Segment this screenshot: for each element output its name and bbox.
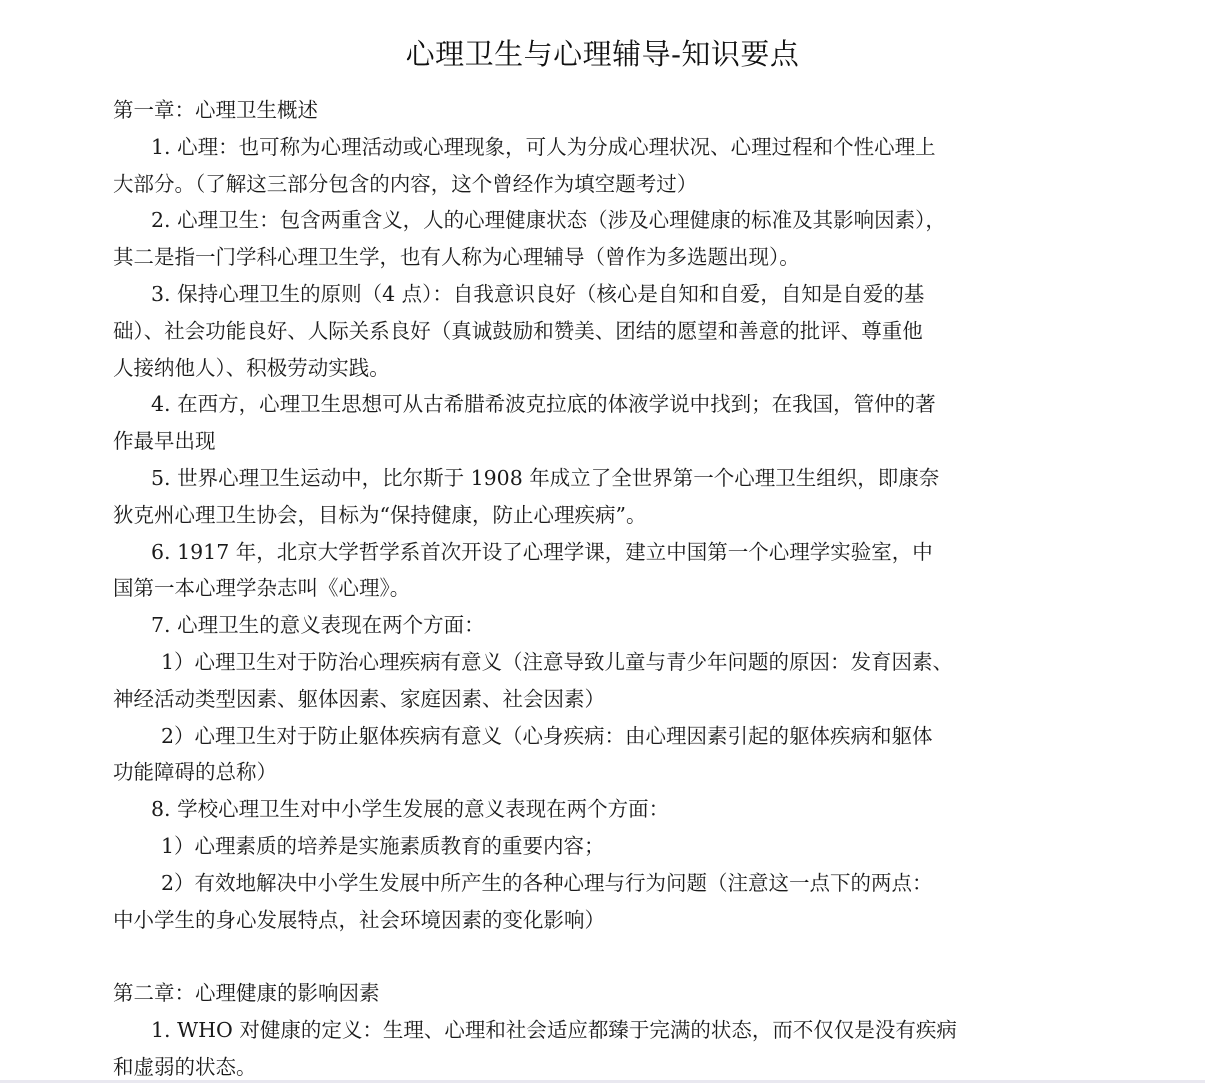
paragraph-line: 8. 学校心理卫生对中小学生发展的意义表现在两个方面：	[113, 791, 1091, 828]
document-title: 心理卫生与心理辅导-知识要点	[0, 30, 1205, 78]
paragraph-line: 作最早出现	[113, 423, 1091, 460]
sub-list-item: 1）心理素质的培养是实施素质教育的重要内容；	[113, 828, 1091, 865]
paragraph-line: 1. WHO 对健康的定义：生理、心理和社会适应都臻于完满的状态，而不仅仅是没有…	[113, 1012, 1091, 1049]
chapter-heading: 第二章：心理健康的影响因素	[113, 975, 1091, 1012]
list-item: 7. 心理卫生的意义表现在两个方面： 1）心理卫生对于防治心理疾病有意义（注意导…	[113, 607, 1091, 791]
paragraph-line: 人接纳他人）、积极劳动实践。	[113, 350, 1091, 387]
list-item: 3. 保持心理卫生的原则（4 点）：自我意识良好（核心是自知和自爱，自知是自爱的…	[113, 276, 1091, 386]
paragraph-line: 中小学生的身心发展特点，社会环境因素的变化影响）	[113, 902, 1091, 939]
list-item: 1. 心理：也可称为心理活动或心理现象，可人为分成心理状况、心理过程和个性心理上…	[113, 129, 1091, 203]
paragraph-line: 国第一本心理学杂志叫《心理》。	[113, 570, 1091, 607]
list-item: 2. 心理卫生：包含两重含义，人的心理健康状态（涉及心理健康的标准及其影响因素）…	[113, 202, 1091, 276]
paragraph-line: 神经活动类型因素、躯体因素、家庭因素、社会因素）	[113, 681, 1091, 718]
paragraph-line: 2. 心理卫生：包含两重含义，人的心理健康状态（涉及心理健康的标准及其影响因素）…	[113, 202, 1091, 239]
paragraph-line: 功能障碍的总称）	[113, 754, 1091, 791]
paragraph-line: 2）有效地解决中小学生发展中所产生的各种心理与行为问题（注意这一点下的两点：	[113, 865, 1091, 902]
sub-list-item: 2）心理卫生对于防止躯体疾病有意义（心身疾病：由心理因素引起的躯体疾病和躯体 功…	[113, 718, 1091, 792]
paragraph-line: 6. 1917 年，北京大学哲学系首次开设了心理学课，建立中国第一个心理学实验室…	[113, 534, 1091, 571]
chapter-heading: 第一章：心理卫生概述	[113, 92, 1091, 129]
paragraph-line: 2）心理卫生对于防止躯体疾病有意义（心身疾病：由心理因素引起的躯体疾病和躯体	[113, 718, 1091, 755]
paragraph-line: 7. 心理卫生的意义表现在两个方面：	[113, 607, 1091, 644]
paragraph-line: 大部分。（了解这三部分包含的内容，这个曾经作为填空题考过）	[113, 166, 1091, 203]
paragraph-line: 1. 心理：也可称为心理活动或心理现象，可人为分成心理状况、心理过程和个性心理上	[113, 129, 1091, 166]
blank-line	[113, 938, 1091, 975]
paragraph-line: 1）心理卫生对于防治心理疾病有意义（注意导致儿童与青少年问题的原因：发育因素、	[113, 644, 1091, 681]
paragraph-line: 和虚弱的状态。	[113, 1049, 1091, 1083]
sub-list-item: 2）有效地解决中小学生发展中所产生的各种心理与行为问题（注意这一点下的两点： 中…	[113, 865, 1091, 939]
paragraph-line: 其二是指一门学科心理卫生学，也有人称为心理辅导（曾作为多选题出现）。	[113, 239, 1091, 276]
paragraph-line: 3. 保持心理卫生的原则（4 点）：自我意识良好（核心是自知和自爱，自知是自爱的…	[113, 276, 1091, 313]
list-item: 8. 学校心理卫生对中小学生发展的意义表现在两个方面： 1）心理素质的培养是实施…	[113, 791, 1091, 938]
paragraph-line: 狄克州心理卫生协会，目标为“保持健康，防止心理疾病”。	[113, 497, 1091, 534]
list-item: 1. WHO 对健康的定义：生理、心理和社会适应都臻于完满的状态，而不仅仅是没有…	[113, 1012, 1091, 1083]
list-item: 4. 在西方，心理卫生思想可从古希腊希波克拉底的体液学说中找到；在我国，管仲的著…	[113, 386, 1091, 460]
list-item: 5. 世界心理卫生运动中，比尔斯于 1908 年成立了全世界第一个心理卫生组织，…	[113, 460, 1091, 534]
paragraph-line: 1）心理素质的培养是实施素质教育的重要内容；	[113, 828, 1091, 865]
sub-list-item: 1）心理卫生对于防治心理疾病有意义（注意导致儿童与青少年问题的原因：发育因素、 …	[113, 644, 1091, 718]
document-page: 心理卫生与心理辅导-知识要点 第一章：心理卫生概述 1. 心理：也可称为心理活动…	[0, 0, 1205, 1080]
list-item: 6. 1917 年，北京大学哲学系首次开设了心理学课，建立中国第一个心理学实验室…	[113, 534, 1091, 608]
document-body: 第一章：心理卫生概述 1. 心理：也可称为心理活动或心理现象，可人为分成心理状况…	[113, 92, 1091, 1083]
paragraph-line: 础）、社会功能良好、人际关系良好（真诚鼓励和赞美、团结的愿望和善意的批评、尊重他	[113, 313, 1091, 350]
paragraph-line: 5. 世界心理卫生运动中，比尔斯于 1908 年成立了全世界第一个心理卫生组织，…	[113, 460, 1091, 497]
paragraph-line: 4. 在西方，心理卫生思想可从古希腊希波克拉底的体液学说中找到；在我国，管仲的著	[113, 386, 1091, 423]
